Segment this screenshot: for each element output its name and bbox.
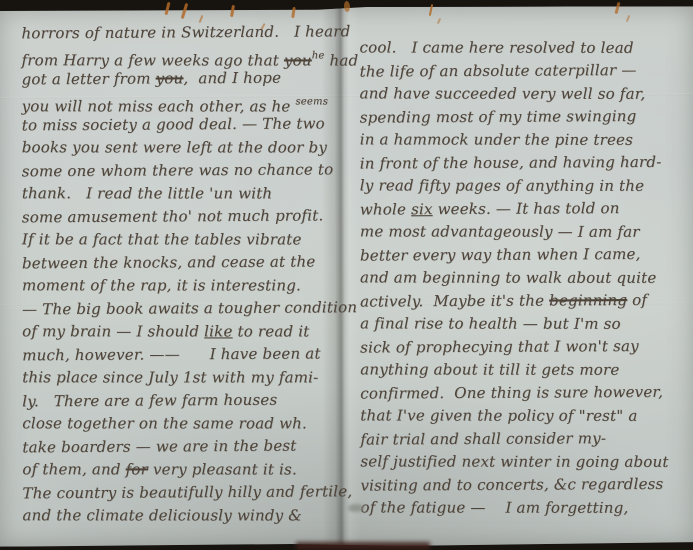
- handwriting-line: of my brain — I should like to read it: [22, 320, 330, 343]
- handwriting-line: the life of an absolute caterpillar —: [360, 59, 688, 84]
- handwriting-text: that I've given the policy of "rest" a: [360, 406, 637, 424]
- handwriting-text: of: [627, 291, 647, 309]
- handwriting-text: and have succeeded very well so far,: [360, 84, 646, 102]
- handwriting-text: fair trial and shall consider my-: [360, 429, 606, 448]
- handwriting-line: books you sent were left at the door by: [22, 136, 330, 159]
- letter-page-left: horrors of nature in Switzerland. I hear…: [21, 21, 330, 528]
- handwriting-line: thank. I read the little 'un with: [22, 182, 330, 205]
- handwriting-text: in front of the house, and having hard-: [360, 153, 662, 173]
- handwriting-line: If it be a fact that the tables vibrate: [22, 228, 330, 251]
- handwriting-line: whole six weeks. — It has told on: [360, 197, 688, 222]
- handwriting-text: self justified next winter in going abou…: [360, 452, 668, 470]
- handwriting-line: better every way than when I came,: [360, 243, 688, 268]
- handwriting-text: got a letter from: [22, 69, 156, 88]
- struck-word: you: [156, 69, 184, 87]
- handwriting-line: a final rise to health — but I'm so: [360, 312, 688, 335]
- bottom-edge-shadow: [296, 542, 430, 550]
- handwriting-text: to miss society a good deal. — The two: [22, 114, 325, 134]
- handwriting-text: of them, and: [22, 460, 125, 478]
- handwriting-text: between the knocks, and cease at the: [22, 252, 316, 272]
- handwriting-text: confirmed. One thing is sure however,: [360, 383, 663, 403]
- handwriting-line: The country is beautifully hilly and fer…: [22, 480, 330, 505]
- handwriting-line: of them, and for very pleasant it is.: [22, 458, 330, 481]
- handwriting-line: in front of the house, and having hard-: [360, 151, 688, 176]
- letter-page-right: cool. I came here resolved to leadthe li…: [359, 36, 688, 520]
- inserted-word: seems: [295, 96, 328, 107]
- handwriting-text: The country is beautifully hilly and fer…: [22, 482, 352, 502]
- handwriting-text: of the fatigue — I am forgetting,: [360, 498, 628, 516]
- letter-photograph: horrors of nature in Switzerland. I hear…: [0, 0, 693, 550]
- handwriting-text: take boarders — we are in the best: [22, 437, 296, 457]
- inserted-word: he: [312, 50, 325, 61]
- letter-paper: horrors of nature in Switzerland. I hear…: [0, 6, 693, 546]
- handwriting-line: got a letter from you, and I hope: [22, 66, 330, 91]
- handwriting-line: spending most of my time swinging: [360, 105, 688, 130]
- handwriting-text: some one whom there was no chance to: [22, 160, 334, 180]
- struck-word: for: [126, 460, 148, 478]
- underlined-word: like: [204, 322, 232, 340]
- handwriting-text: ly. There are a few farm houses: [22, 391, 277, 411]
- handwriting-text: whole: [360, 200, 411, 218]
- underlined-word: six: [411, 200, 433, 218]
- handwriting-line: fair trial and shall consider my-: [360, 427, 688, 452]
- handwriting-line: self justified next winter in going abou…: [360, 450, 688, 473]
- handwriting-line: to miss society a good deal. — The two: [22, 112, 330, 137]
- handwriting-line: visiting and to concerts, &c regardless: [360, 473, 688, 498]
- struck-word: beginning: [549, 291, 627, 309]
- handwriting-line: confirmed. One thing is sure however,: [360, 381, 688, 406]
- handwriting-line: much, however. —— I have been at: [22, 342, 330, 367]
- handwriting-text: in a hammock under the pine trees: [360, 130, 633, 148]
- handwriting-line: sick of prophecying that I won't say: [360, 335, 688, 360]
- handwriting-line: between the knocks, and cease at the: [22, 250, 330, 275]
- handwriting-line: me most advantageously — I am far: [360, 220, 688, 243]
- handwriting-text: thank. I read the little 'un with: [22, 184, 272, 202]
- handwriting-text: some amusement tho' not much profit.: [22, 206, 324, 226]
- handwriting-text: very pleasant it is.: [148, 460, 297, 478]
- handwriting-line: close together on the same road wh.: [22, 412, 330, 435]
- handwriting-line: ly. There are a few farm houses: [22, 388, 330, 413]
- handwriting-text: and am beginning to walk about quite: [360, 268, 656, 286]
- handwriting-text: — The big book awaits a tougher conditio…: [22, 298, 357, 318]
- paper-smudge: [348, 504, 364, 512]
- handwriting-text: sick of prophecying that I won't say: [360, 337, 639, 357]
- handwriting-text: of my brain — I should: [22, 322, 204, 340]
- handwriting-text: weeks. — It has told on: [433, 199, 620, 218]
- handwriting-text: close together on the same road wh.: [22, 414, 307, 432]
- handwriting-text: this place since July 1st with my fami-: [22, 368, 318, 386]
- handwriting-line: cool. I came here resolved to lead: [360, 36, 688, 59]
- handwriting-line: horrors of nature in Switzerland. I hear…: [21, 20, 329, 45]
- handwriting-line: and am beginning to walk about quite: [360, 266, 688, 289]
- handwriting-text: anything about it till it gets more: [360, 360, 619, 378]
- handwriting-text: a final rise to health — but I'm so: [360, 314, 621, 332]
- handwriting-line: and the climate deliciously windy &: [22, 504, 330, 527]
- handwriting-text: cool. I came here resolved to lead: [360, 38, 634, 56]
- handwriting-line: actively. Maybe it's the beginning of: [360, 289, 688, 314]
- handwriting-text: ly read fifty pages of anything in the: [360, 176, 644, 194]
- handwriting-text: better every way than when I came,: [360, 245, 641, 265]
- handwriting-text: and the climate deliciously windy &: [22, 506, 301, 524]
- handwriting-text: horrors of nature in Switzerland. I hear…: [21, 22, 350, 42]
- handwriting-line: some amusement tho' not much profit.: [22, 204, 330, 229]
- handwriting-line: and have succeeded very well so far,: [360, 82, 688, 105]
- handwriting-text: actively. Maybe it's the: [360, 291, 549, 310]
- handwriting-text: spending most of my time swinging: [360, 107, 637, 127]
- handwriting-text: books you sent were left at the door by: [22, 138, 327, 156]
- handwriting-text: me most advantageously — I am far: [360, 222, 640, 240]
- handwriting-line: anything about it till it gets more: [360, 358, 688, 381]
- handwriting-text: had: [324, 51, 358, 69]
- handwriting-line: in a hammock under the pine trees: [360, 128, 688, 151]
- handwriting-line: — The big book awaits a tougher conditio…: [22, 296, 330, 321]
- handwriting-line: of the fatigue — I am forgetting,: [360, 496, 688, 519]
- handwriting-text: If it be a fact that the tables vibrate: [22, 230, 302, 248]
- handwriting-line: take boarders — we are in the best: [22, 434, 330, 459]
- handwriting-line: moment of the rap, it is interesting.: [22, 274, 330, 297]
- handwriting-line: from Harry a few weeks ago that youhe ha…: [22, 44, 330, 67]
- handwriting-text: visiting and to concerts, &c regardless: [360, 475, 663, 495]
- handwriting-text: moment of the rap, it is interesting.: [22, 276, 301, 294]
- handwriting-line: that I've given the policy of "rest" a: [360, 404, 688, 427]
- handwriting-text: , and I hope: [183, 69, 281, 88]
- handwriting-text: much, however. —— I have been at: [22, 344, 321, 364]
- handwriting-line: ly read fifty pages of anything in the: [360, 174, 688, 197]
- handwriting-text: the life of an absolute caterpillar —: [360, 61, 637, 81]
- handwriting-line: some one whom there was no chance to: [22, 158, 330, 183]
- handwriting-text: to read it: [233, 322, 310, 340]
- handwriting-line: you will not miss each other, as he seem…: [22, 90, 330, 113]
- handwriting-line: this place since July 1st with my fami-: [22, 366, 330, 389]
